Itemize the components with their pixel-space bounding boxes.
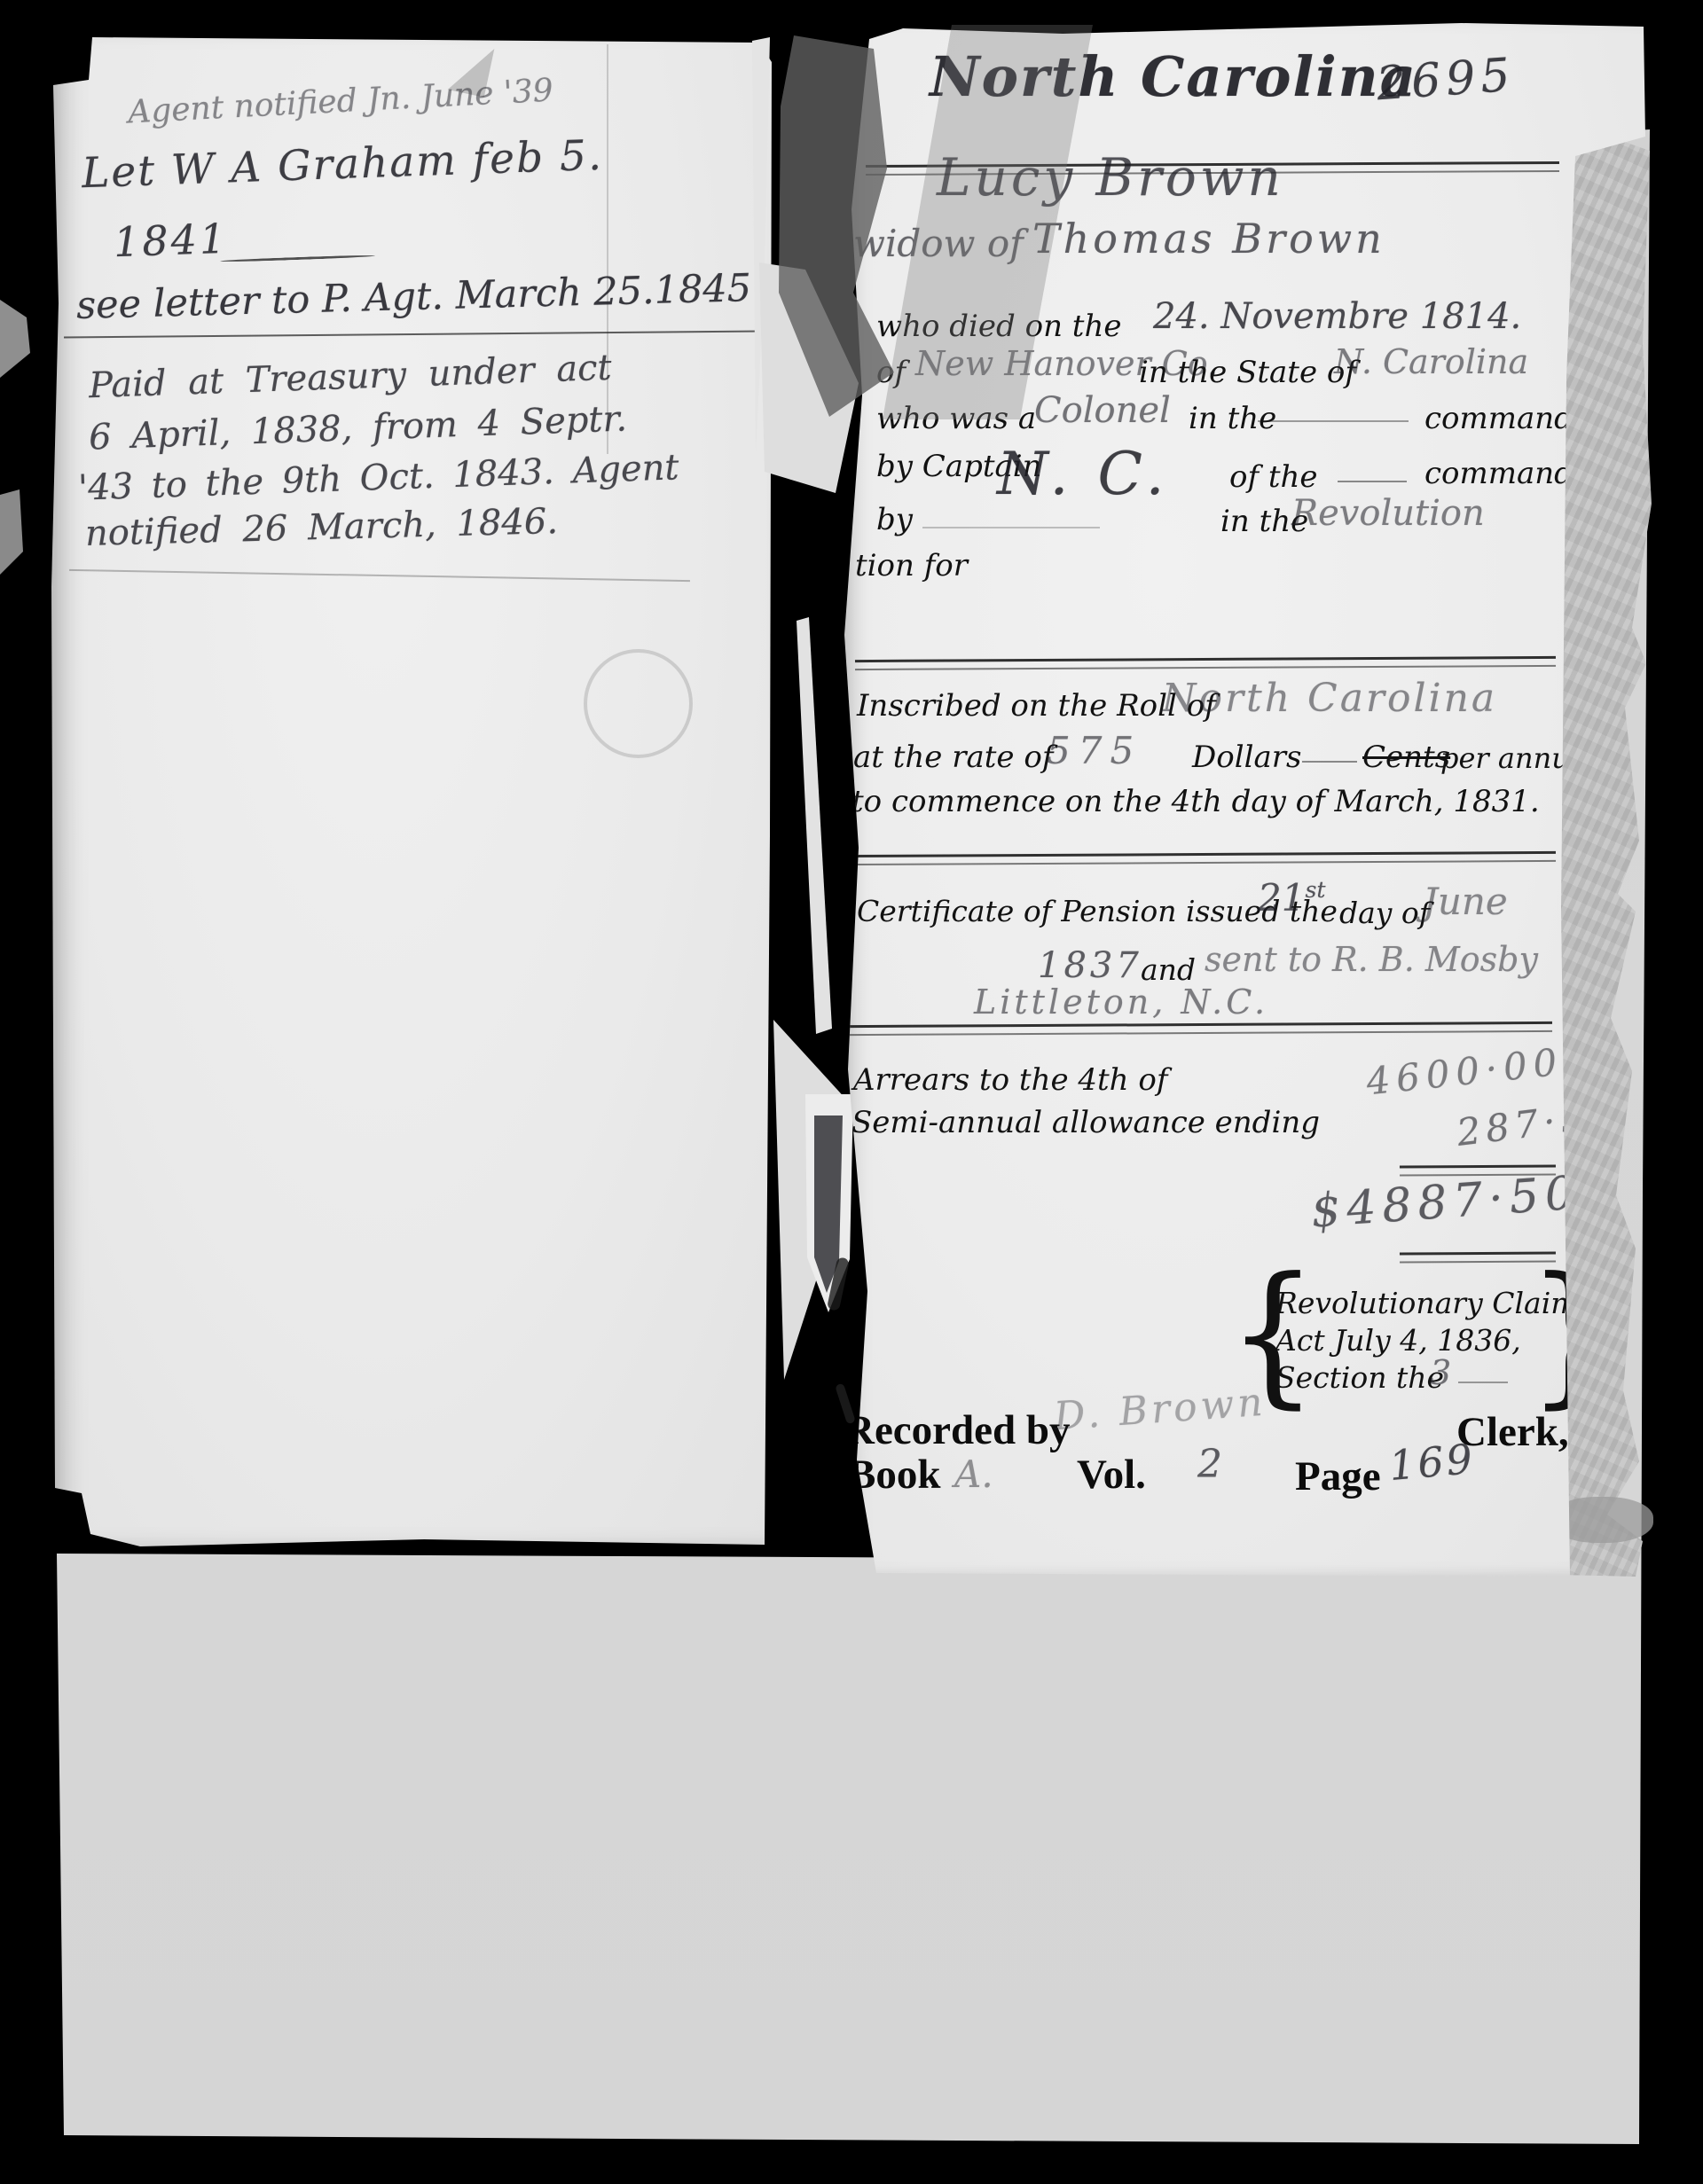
claim-line3: Section the bbox=[1275, 1360, 1444, 1395]
recorded-by-label: Recorded by bbox=[844, 1406, 1071, 1454]
annotation-graham: Let W A Graham feb 5. bbox=[81, 131, 603, 198]
captain-of-the-printed: of the bbox=[1229, 459, 1318, 495]
captain-entry: N. C. bbox=[997, 440, 1170, 508]
annotation-year: 1841 bbox=[113, 215, 229, 266]
left-annotation-page: Agent notified Jn. June '39 Let W A Grah… bbox=[51, 37, 773, 1549]
state-entry: N. Carolina bbox=[1334, 342, 1528, 381]
arrears-label-printed: Arrears to the 4th of bbox=[853, 1062, 1167, 1098]
annotation-divider-line bbox=[64, 331, 763, 339]
book-entry: A. bbox=[954, 1452, 993, 1496]
commence-printed-text: to commence on the 4th day of March, 183… bbox=[851, 784, 1540, 819]
embossed-stamp-icon bbox=[584, 649, 693, 758]
claim-section-dash bbox=[1458, 1382, 1508, 1383]
issue-year-entry: 1837 bbox=[1038, 945, 1142, 986]
state-of-printed: in the State of bbox=[1139, 355, 1356, 390]
by-printed-text: by bbox=[876, 502, 913, 537]
arrears-amount-entry: 4600·00 bbox=[1364, 1039, 1566, 1103]
rank-entry: Colonel bbox=[1034, 390, 1171, 431]
pension-record-scan: Agent notified Jn. June '39 Let W A Grah… bbox=[0, 0, 1703, 2184]
annotation-paid-line3: '43 to the 9th Oct. 1843. Agent bbox=[77, 447, 679, 509]
page-label: Page bbox=[1295, 1452, 1381, 1500]
annotation-see-letter: see letter to P. Agt. March 25.1845 bbox=[75, 266, 751, 328]
blank-dash-line bbox=[1338, 481, 1407, 482]
sent-to-entry: sent to R. B. Mosby bbox=[1205, 940, 1538, 979]
form-file-number: 2695 bbox=[1375, 49, 1517, 112]
rate-amount-entry: 575 bbox=[1047, 729, 1142, 772]
claim-line1: Revolutionary Claim, bbox=[1275, 1286, 1588, 1320]
left-edge-scrap-icon bbox=[0, 300, 30, 380]
section-double-rule bbox=[855, 656, 1556, 670]
page-entry: 169 bbox=[1387, 1435, 1477, 1490]
section-double-rule bbox=[850, 1022, 1552, 1036]
blank-dash-line bbox=[1258, 420, 1409, 422]
faint-divider-line bbox=[69, 569, 690, 582]
clerk-signature: D. Brown bbox=[1053, 1380, 1268, 1440]
book-label: Book bbox=[848, 1451, 941, 1499]
left-edge-scrap-icon bbox=[0, 489, 23, 575]
died-date-entry: 24. Novembre 1814. bbox=[1153, 296, 1521, 337]
certificate-day-ordinal: st bbox=[1305, 877, 1325, 903]
annotation-paid-line4: notified 26 March, 1846. bbox=[84, 501, 558, 554]
blank-dash-line bbox=[922, 527, 1100, 528]
blank-dash-line bbox=[1302, 761, 1357, 763]
roll-state-entry: North Carolina bbox=[1162, 676, 1497, 721]
town-entry: Littleton, N.C. bbox=[974, 982, 1268, 1022]
ink-blot-icon bbox=[835, 1383, 856, 1425]
claim-section-entry: 3 bbox=[1430, 1353, 1451, 1392]
vol-label: Vol. bbox=[1077, 1451, 1146, 1499]
dollars-printed: Dollars bbox=[1192, 740, 1301, 775]
certificate-day-entry: 21st bbox=[1258, 876, 1326, 920]
certificate-month-entry: June bbox=[1423, 880, 1508, 923]
year-flourish-dash bbox=[220, 254, 375, 262]
total-amount-entry: $4887·50 bbox=[1309, 1166, 1582, 1238]
rank-in-the-printed: in the bbox=[1189, 401, 1276, 436]
cents-printed-struck: Cents bbox=[1362, 740, 1450, 775]
day-of-printed: day of bbox=[1339, 896, 1430, 930]
annotation-agent-note: Agent notified Jn. June '39 bbox=[127, 72, 553, 130]
section-double-rule bbox=[851, 851, 1556, 865]
rate-printed-text: at the rate of bbox=[853, 740, 1053, 775]
annotation-paid-line1: Paid at Treasury under act bbox=[88, 348, 612, 407]
revolution-entry: Revolution bbox=[1291, 493, 1485, 534]
certificate-day-number: 21 bbox=[1258, 876, 1305, 920]
annotation-paid-line2: 6 April, 1838, from 4 Septr. bbox=[88, 398, 627, 458]
semiannual-label-printed: Semi-annual allowance ending bbox=[851, 1105, 1320, 1140]
gap-paper-sliver bbox=[795, 617, 834, 1034]
vol-entry: 2 bbox=[1197, 1442, 1222, 1487]
fold-crease-line bbox=[607, 44, 608, 454]
tion-for-printed: tion for bbox=[855, 548, 968, 583]
veteran-name: Thomas Brown bbox=[1032, 215, 1385, 262]
claim-line2: Act July 4, 1836, bbox=[1275, 1323, 1521, 1358]
